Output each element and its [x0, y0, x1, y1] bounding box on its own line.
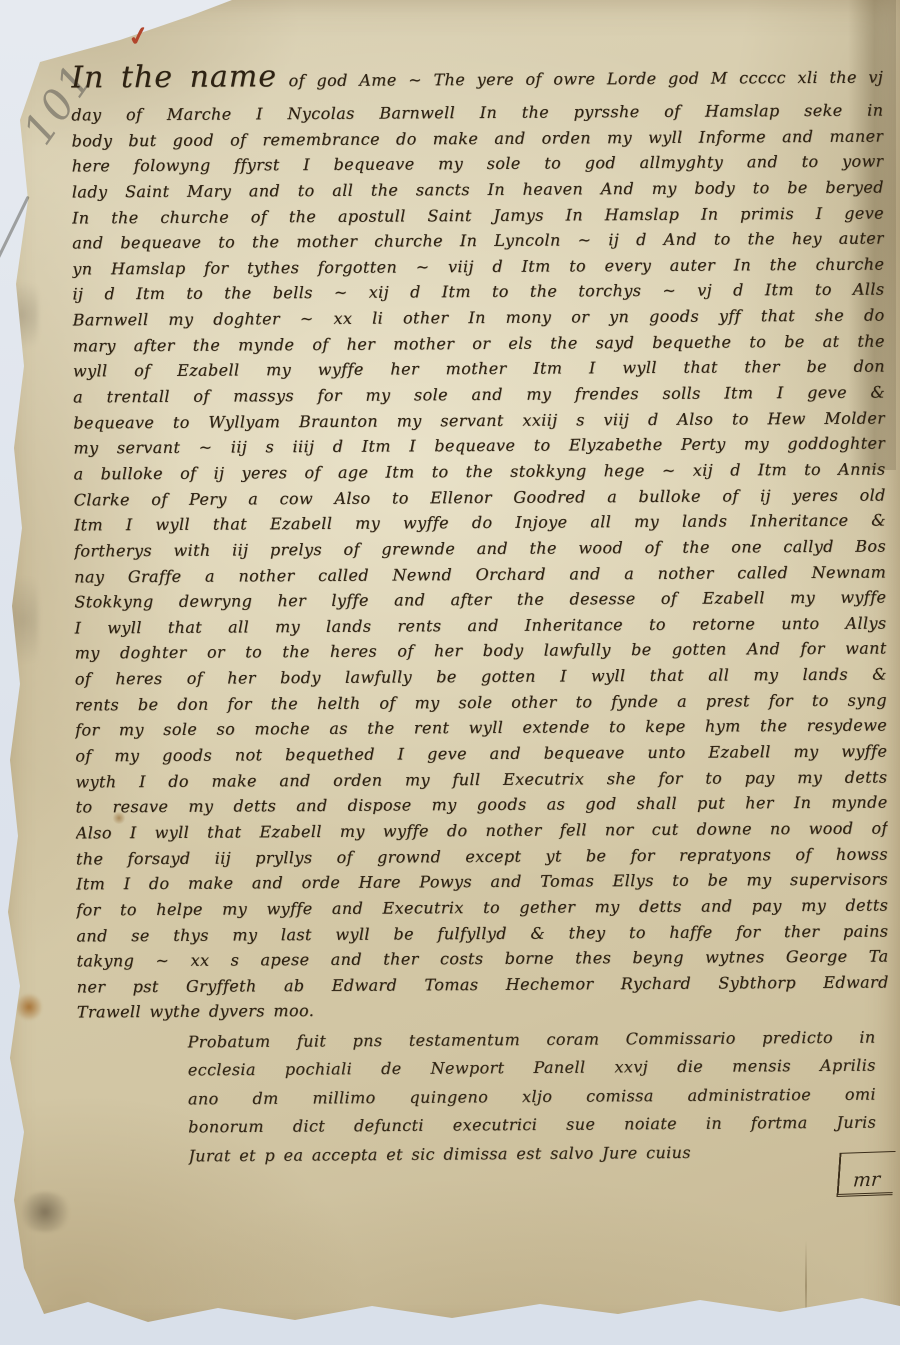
bleed-through-stain [4, 270, 38, 360]
manuscript-line: In the name of god Ame ~ The yere of owr… [71, 54, 883, 103]
registrar-mark: mr [836, 1151, 895, 1197]
rust-stain [16, 992, 42, 1022]
bleed-through-stain [8, 560, 38, 680]
probate-line: Jurat et p ea accepta et sic dimissa est… [188, 1137, 876, 1170]
paper-crease [805, 1240, 807, 1332]
soot-stain [16, 1192, 74, 1232]
manuscript-line: Trawell wythe dyvers moo. [77, 995, 889, 1026]
photograph-backdrop: 101 ✓ In the name of god Ame ~ The yere … [0, 0, 900, 1345]
will-text: In the name of god Ame ~ The yere of owr… [71, 54, 889, 1026]
manuscript-line-text: of god Ame ~ The yere of owre Lorde god … [289, 68, 884, 91]
opening-words: In the name [71, 59, 277, 95]
probate-line: bonorum dict defuncti executrici sue noi… [188, 1109, 876, 1142]
probate-line: ecclesia pochiali de Newport Panell xxvj… [188, 1052, 876, 1085]
red-check-mark: ✓ [126, 20, 153, 53]
probate-clause: Probatum fuit pns testamentum coram Comm… [188, 1024, 877, 1171]
